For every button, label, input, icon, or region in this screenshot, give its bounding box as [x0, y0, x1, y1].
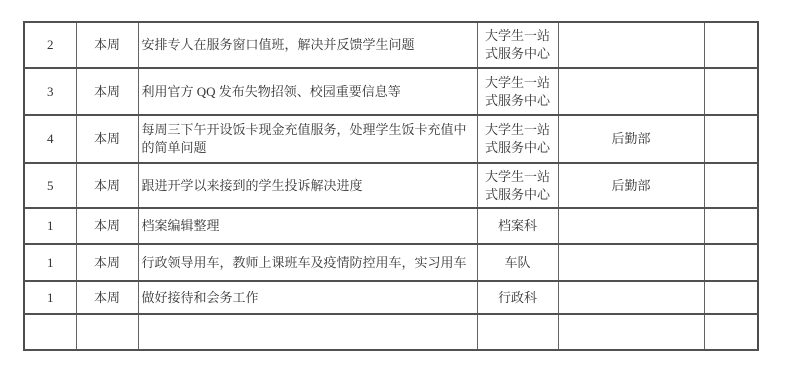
department-cell: 行政科 — [477, 281, 558, 314]
remark-cell — [704, 22, 758, 68]
remark-cell — [704, 208, 758, 244]
task-desc-cell: 档案编辑整理 — [138, 208, 477, 244]
task-number-cell: 1 — [24, 244, 76, 281]
task-desc-cell: 做好接待和会务工作 — [138, 281, 477, 314]
remark-cell — [704, 281, 758, 314]
task-number-cell: 4 — [24, 115, 76, 163]
task-number-cell: 2 — [24, 22, 76, 68]
assist-department-cell — [558, 314, 704, 350]
department-cell: 车队 — [477, 244, 558, 281]
assist-department-cell: 后勤部 — [558, 115, 704, 163]
period-cell — [76, 314, 138, 350]
task-desc-cell — [138, 314, 477, 350]
remark-cell — [704, 314, 758, 350]
table-row: 4 本周 每周三下午开设饭卡现金充值服务，处理学生饭卡充值中的简单问题 大学生一… — [24, 115, 758, 163]
table-row-empty — [24, 314, 758, 350]
task-number-cell: 1 — [24, 281, 76, 314]
department-cell: 大学生一站式服务中心 — [477, 115, 558, 163]
task-desc-cell: 跟进开学以来接到的学生投诉解决进度 — [138, 163, 477, 208]
task-number-cell: 5 — [24, 163, 76, 208]
department-cell: 大学生一站式服务中心 — [477, 22, 558, 68]
department-cell: 档案科 — [477, 208, 558, 244]
remark-cell — [704, 115, 758, 163]
assist-department-cell: 后勤部 — [558, 163, 704, 208]
task-desc-cell: 安排专人在服务窗口值班，解决并反馈学生问题 — [138, 22, 477, 68]
period-cell: 本周 — [76, 281, 138, 314]
task-desc-cell: 行政领导用车，教师上课班车及疫情防控用车，实习用车 — [138, 244, 477, 281]
table-row: 3 本周 利用官方 QQ 发布失物招领、校园重要信息等 大学生一站式服务中心 — [24, 68, 758, 115]
period-cell: 本周 — [76, 208, 138, 244]
remark-cell — [704, 244, 758, 281]
period-cell: 本周 — [76, 68, 138, 115]
period-cell: 本周 — [76, 163, 138, 208]
task-desc-cell: 每周三下午开设饭卡现金充值服务，处理学生饭卡充值中的简单问题 — [138, 115, 477, 163]
task-desc-cell: 利用官方 QQ 发布失物招领、校园重要信息等 — [138, 68, 477, 115]
period-cell: 本周 — [76, 115, 138, 163]
task-number-cell: 3 — [24, 68, 76, 115]
department-cell — [477, 314, 558, 350]
assist-department-cell — [558, 22, 704, 68]
assist-department-cell — [558, 281, 704, 314]
period-cell: 本周 — [76, 244, 138, 281]
assist-department-cell — [558, 68, 704, 115]
period-cell: 本周 — [76, 22, 138, 68]
table-row: 2 本周 安排专人在服务窗口值班，解决并反馈学生问题 大学生一站式服务中心 — [24, 22, 758, 68]
assist-department-cell — [558, 244, 704, 281]
table-row: 1 本周 做好接待和会务工作 行政科 — [24, 281, 758, 314]
assist-department-cell — [558, 208, 704, 244]
table-row: 1 本周 档案编辑整理 档案科 — [24, 208, 758, 244]
table-row: 1 本周 行政领导用车，教师上课班车及疫情防控用车，实习用车 车队 — [24, 244, 758, 281]
table-row: 5 本周 跟进开学以来接到的学生投诉解决进度 大学生一站式服务中心 后勤部 — [24, 163, 758, 208]
task-number-cell — [24, 314, 76, 350]
weekly-task-table: 2 本周 安排专人在服务窗口值班，解决并反馈学生问题 大学生一站式服务中心 3 … — [23, 21, 759, 351]
task-number-cell: 1 — [24, 208, 76, 244]
remark-cell — [704, 163, 758, 208]
department-cell: 大学生一站式服务中心 — [477, 68, 558, 115]
remark-cell — [704, 68, 758, 115]
department-cell: 大学生一站式服务中心 — [477, 163, 558, 208]
